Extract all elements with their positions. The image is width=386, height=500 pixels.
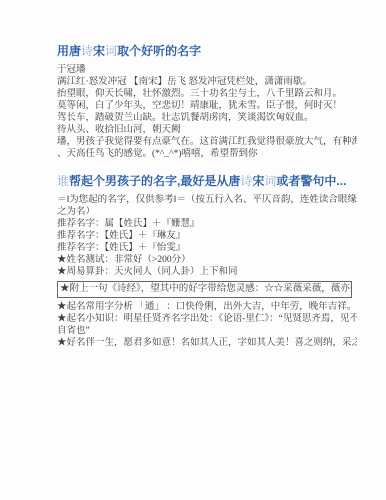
text-line: 莫等闲，白了少年头，空悲切！靖康耻，犹未雪。臣子恨，何时灭！ <box>57 100 357 112</box>
text-line: ★好名伴一生，愿君多如意！名如其人正，字如其人美！喜之则纳，采之我幸！ <box>57 337 357 349</box>
answer-text-lines: 于冠璠满江红·怒发冲冠 【南宋】岳飞 怒发冲冠凭栏处，潇潇雨歇。抬望眼，仰天长啸… <box>57 64 357 160</box>
closing-lines: ★起名常用字分析 「通」 ：口快伶俐，出外大吉，中年劳，晚年吉祥。★起名小知识：… <box>57 301 357 349</box>
text-line: ★周易算卦：天火同人（同人卦）上下和同 <box>57 266 357 278</box>
name-test-result-lines: ★姓名测试：非常好（>200分）★周易算卦：天火同人（同人卦）上下和同 <box>57 254 357 278</box>
result-snippet-2: ＝‖为您起的名字，仅供参考‖＝（按五行入名、平仄音韵，连姓读合眼缘可自取之为名）… <box>57 194 357 349</box>
title-text: 或者警句中... <box>276 174 346 188</box>
title-keyword: 谁 <box>57 174 69 188</box>
search-results-page: 用唐诗宋词取个好听的名字 于冠璠满江红·怒发冲冠 【南宋】岳飞 怒发冲冠凭栏处，… <box>0 0 386 500</box>
text-line: 璠，男孩子我觉得要有点豪气在。这首满江红我觉得很豪放大气，有种海阔凭鱼跃 <box>57 136 357 148</box>
text-line: 满江红·怒发冲冠 【南宋】岳飞 怒发冲冠凭栏处，潇潇雨歇。 <box>57 76 357 88</box>
title-text: 宋 <box>93 44 105 58</box>
text-line: 推荐名字：【姓氏】＋『琳友』 <box>57 230 357 242</box>
title-text: 宋 <box>252 174 264 188</box>
title-text: 帮起个男孩子的名字,最好是从唐 <box>69 174 240 188</box>
result-title-1[interactable]: 用唐诗宋词取个好听的名字 <box>57 44 357 59</box>
text-line: 抬望眼，仰天长啸，壮怀激烈。三十功名尘与土，八千里路云和月。 <box>57 88 357 100</box>
text-line: ＝‖为您起的名字，仅供参考‖＝（按五行入名、平仄音韵，连姓读合眼缘可自取 <box>57 194 357 206</box>
title-keyword: 诗 <box>81 44 93 58</box>
text-line: 待从头、收拾旧山河，朝天阙 <box>57 124 357 136</box>
text-line: 推荐名字：属【姓氏】＋『姗慧』 <box>57 218 357 230</box>
title-text: 用唐 <box>57 44 81 58</box>
text-line: 自省也” <box>57 325 357 337</box>
text-line: 之为名） <box>57 206 357 218</box>
title-keyword: 词 <box>105 44 117 58</box>
text-line: 驾长车，踏破贺兰山缺。壮志饥餐胡虏肉，笑谈渴饮匈奴血。 <box>57 112 357 124</box>
text-line: ★起名常用字分析 「通」 ：口快伶俐，出外大吉，中年劳，晚年吉祥。 <box>57 301 357 313</box>
results-content: 用唐诗宋词取个好听的名字 于冠璠满江红·怒发冲冠 【南宋】岳飞 怒发冲冠凭栏处，… <box>57 44 357 363</box>
title-keyword: 诗 <box>240 174 252 188</box>
text-line: ★姓名测试：非常好（>200分） <box>57 254 357 266</box>
result-title-2[interactable]: 谁帮起个男孩子的名字,最好是从唐诗宋词或者警句中... <box>57 174 357 189</box>
text-line: 于冠璠 <box>57 64 357 76</box>
title-text: 取个好听的名字 <box>117 44 201 58</box>
title-keyword: 词 <box>264 174 276 188</box>
result-snippet-1: 于冠璠满江红·怒发冲冠 【南宋】岳飞 怒发冲冠凭栏处，潇潇雨歇。抬望眼，仰天长啸… <box>57 64 357 160</box>
shijing-tip-box: ★附上一句《诗经》，望其中的好字带给您灵感：☆☆采薇采薇，薇亦柔止☆☆ <box>57 281 352 298</box>
text-line: 、天高任鸟飞的感觉。(*^_^*)嘻嘻，希望帮到你 <box>57 148 357 160</box>
naming-intro-lines: ＝‖为您起的名字，仅供参考‖＝（按五行入名、平仄音韵，连姓读合眼缘可自取之为名） <box>57 194 357 218</box>
text-line: 推荐名字：【姓氏】＋『怡雯』 <box>57 242 357 254</box>
text-line: ★起名小知识：明星任贤齐名字出处：《论语-里仁》：“见贤思齐焉，见不贤而内 <box>57 313 357 325</box>
recommended-name-lines: 推荐名字：属【姓氏】＋『姗慧』推荐名字：【姓氏】＋『琳友』推荐名字：【姓氏】＋『… <box>57 218 357 254</box>
